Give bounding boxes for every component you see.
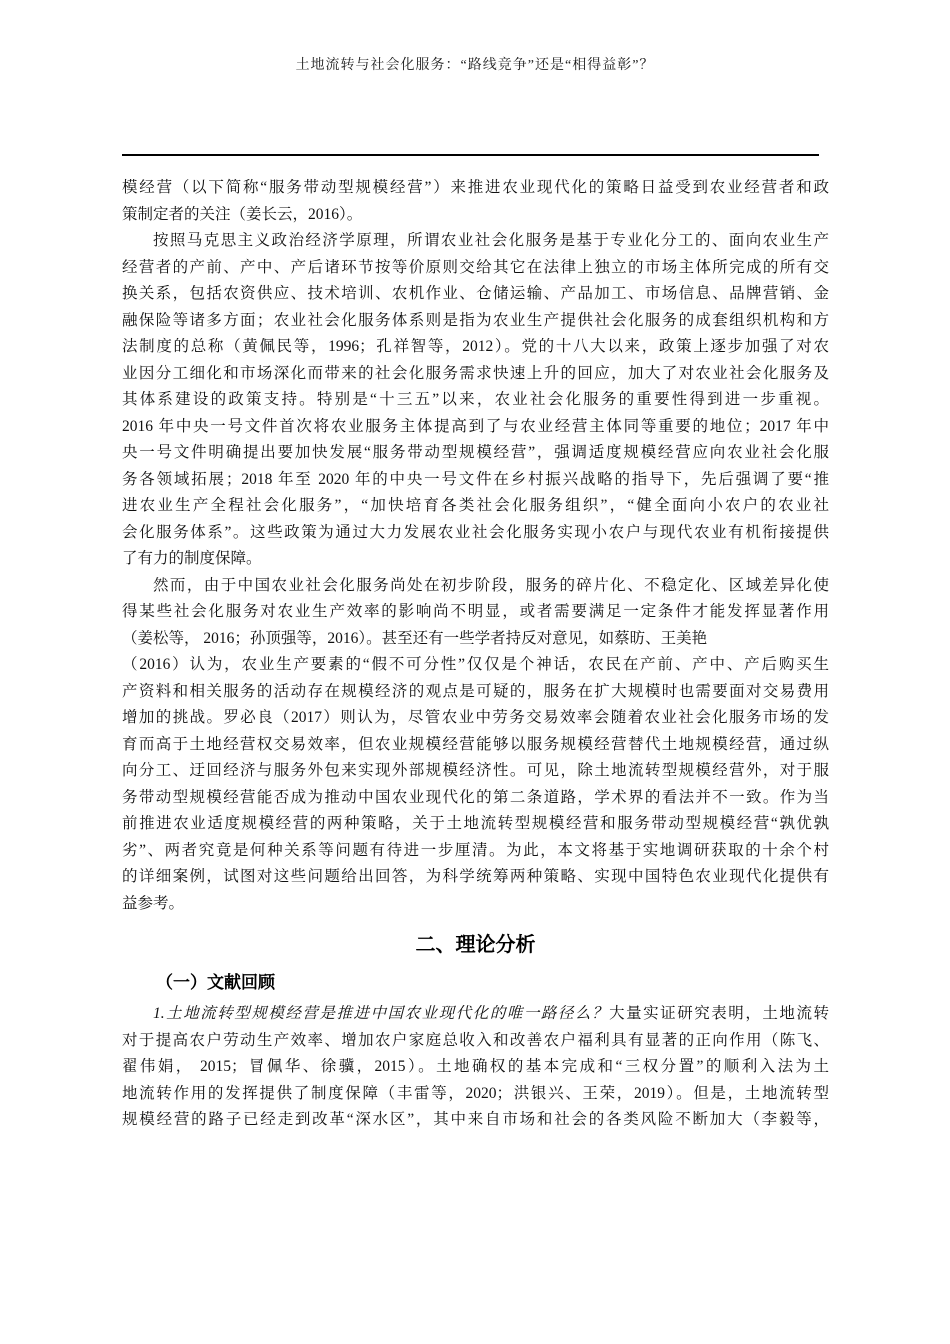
paragraph-p4-literature-review: 1.土地流转型规模经营是推进中国农业现代化的唯一路径么？大量实证研究表明，土地流… xyxy=(122,1001,829,1134)
text-line: 增加的挑战。罗必良（2017）则认为，尽管农业中劳务交易效率会随着农业社会化服务… xyxy=(122,705,829,732)
text-line: 然而，由于中国农业社会化服务尚处在初步阶段，服务的碎片化、不稳定化、区域差异化使 xyxy=(122,573,829,600)
text-line: 了有力的制度保障。 xyxy=(122,546,829,573)
text-line: 其体系建设的政策支持。特别是“十三五”以来，农业社会化服务的重要性得到进一步重视… xyxy=(122,387,829,414)
text-line: 务带动型规模经营能否成为推动中国农业现代化的第二条道路，学术界的看法并不一致。作… xyxy=(122,785,829,812)
header-rule xyxy=(122,154,819,156)
text-line: 模经营（以下简称“服务带动型规模经营”）来推进农业现代化的策略日益受到农业经营者… xyxy=(122,175,829,202)
text-line: 经营者的产前、产中、产后诸环节按等价原则交给其它在法律上独立的市场主体所完成的所… xyxy=(122,255,829,282)
text-line: （2016）认为，农业生产要素的“假不可分性”仅仅是个神话，农民在产前、产中、产… xyxy=(122,652,829,679)
text-line: 产资料和相关服务的活动存在规模经济的观点是可疑的，服务在扩大规模时也需要面对交易… xyxy=(122,679,829,706)
text-line: 策制定者的关注（姜长云，2016）。 xyxy=(122,202,829,229)
text-line: 央一号文件明确提出要加快发展“服务带动型规模经营”，强调适度规模经营应向农业社会… xyxy=(122,440,829,467)
text-line: 得某些社会化服务对农业生产效率的影响尚不明显，或者需要满足一定条件才能发挥显著作… xyxy=(122,599,829,626)
text-line: 规模经营的路子已经走到改革“深水区”，其中来自市场和社会的各类风险不断加大（李毅… xyxy=(122,1107,829,1134)
subsection-heading: （一）文献回顾 xyxy=(122,969,829,997)
text-line: 换关系，包括农资供应、技术培训、农机作业、仓储运输、产品加工、市场信息、品牌营销… xyxy=(122,281,829,308)
text-segment: 大量实证研究表明，土地流转 xyxy=(609,1005,829,1022)
text-line: 进农业生产全程社会化服务”，“加快培育各类社会化服务组织”，“健全面向小农户的农… xyxy=(122,493,829,520)
text-line: 会化服务体系”。这些政策为通过大力发展农业社会化服务实现小农户与现代农业有机衔接… xyxy=(122,520,829,547)
text-line: 向分工、迂回经济与服务外包来实现外部规模经济性。可见，除土地流转型规模经营外，对… xyxy=(122,758,829,785)
text-line: 翟伟娟， 2015；冒佩华、徐骥，2015）。土地确权的基本完成和“三权分置”的… xyxy=(122,1054,829,1081)
text-line: 按照马克思主义政治经济学原理，所谓农业社会化服务是基于专业化分工的、面向农业生产 xyxy=(122,228,829,255)
lead-question-kai-text: 1.土地流转型规模经营是推进中国农业现代化的唯一路径么？ xyxy=(153,1005,609,1022)
text-line: （姜松等， 2016；孙顶强等，2016）。甚至还有一些学者持反对意见，如蔡昉、… xyxy=(122,626,829,653)
text-line: 育而高于土地经营权交易效率，但农业规模经营能够以服务规模经营替代土地规模经营，通… xyxy=(122,732,829,759)
text-line: 对于提高农户劳动生产效率、增加农户家庭总收入和改善农户福利具有显著的正向作用（陈… xyxy=(122,1028,829,1055)
text-line: 劣”、两者究竟是何种关系等问题有待进一步厘清。为此，本文将基于实地调研获取的十余… xyxy=(122,838,829,865)
paragraph-p2-policy-background: 按照马克思主义政治经济学原理，所谓农业社会化服务是基于专业化分工的、面向农业生产… xyxy=(122,228,829,573)
text-line: 前推进农业适度规模经营的两种策略，关于土地流转型规模经营和服务带动型规模经营“孰… xyxy=(122,811,829,838)
text-line: 业因分工细化和市场深化而带来的社会化服务需求快速上升的回应，加大了对农业社会化服… xyxy=(122,361,829,388)
text-line: 地流转作用的发挥提供了制度保障（丰雷等，2020；洪银兴、王荣，2019）。但是… xyxy=(122,1081,829,1108)
document-page: 土地流转与社会化服务：“路线竞争”还是“相得益彰”？ 模经营（以下简称“服务带动… xyxy=(0,0,950,1344)
paragraph-p3-debate: 然而，由于中国农业社会化服务尚处在初步阶段，服务的碎片化、不稳定化、区域差异化使… xyxy=(122,573,829,918)
text-line: 务各领域拓展；2018 年至 2020 年的中央一号文件在乡村振兴战略的指导下，… xyxy=(122,467,829,494)
running-header: 土地流转与社会化服务：“路线竞争”还是“相得益彰”？ xyxy=(0,54,950,74)
text-line: 2016 年中央一号文件首次将农业服务主体提高到了与农业经营主体同等重要的地位；… xyxy=(122,414,829,441)
text-line: 益参考。 xyxy=(122,891,829,918)
text-line: 的详细案例，试图对这些问题给出回答，为科学统筹两种策略、实现中国特色农业现代化提… xyxy=(122,864,829,891)
section-heading: 二、理论分析 xyxy=(122,929,829,961)
paragraph-p1-continuation: 模经营（以下简称“服务带动型规模经营”）来推进农业现代化的策略日益受到农业经营者… xyxy=(122,175,829,228)
document-body: 模经营（以下简称“服务带动型规模经营”）来推进农业现代化的策略日益受到农业经营者… xyxy=(122,175,829,1134)
text-line: 1.土地流转型规模经营是推进中国农业现代化的唯一路径么？大量实证研究表明，土地流… xyxy=(122,1001,829,1028)
text-line: 法制度的总称（黄佩民等，1996；孔祥智等，2012）。党的十八大以来，政策上逐… xyxy=(122,334,829,361)
text-line: 融保险等诸多方面；农业社会化服务体系则是指为农业生产提供社会化服务的成套组织机构… xyxy=(122,308,829,335)
